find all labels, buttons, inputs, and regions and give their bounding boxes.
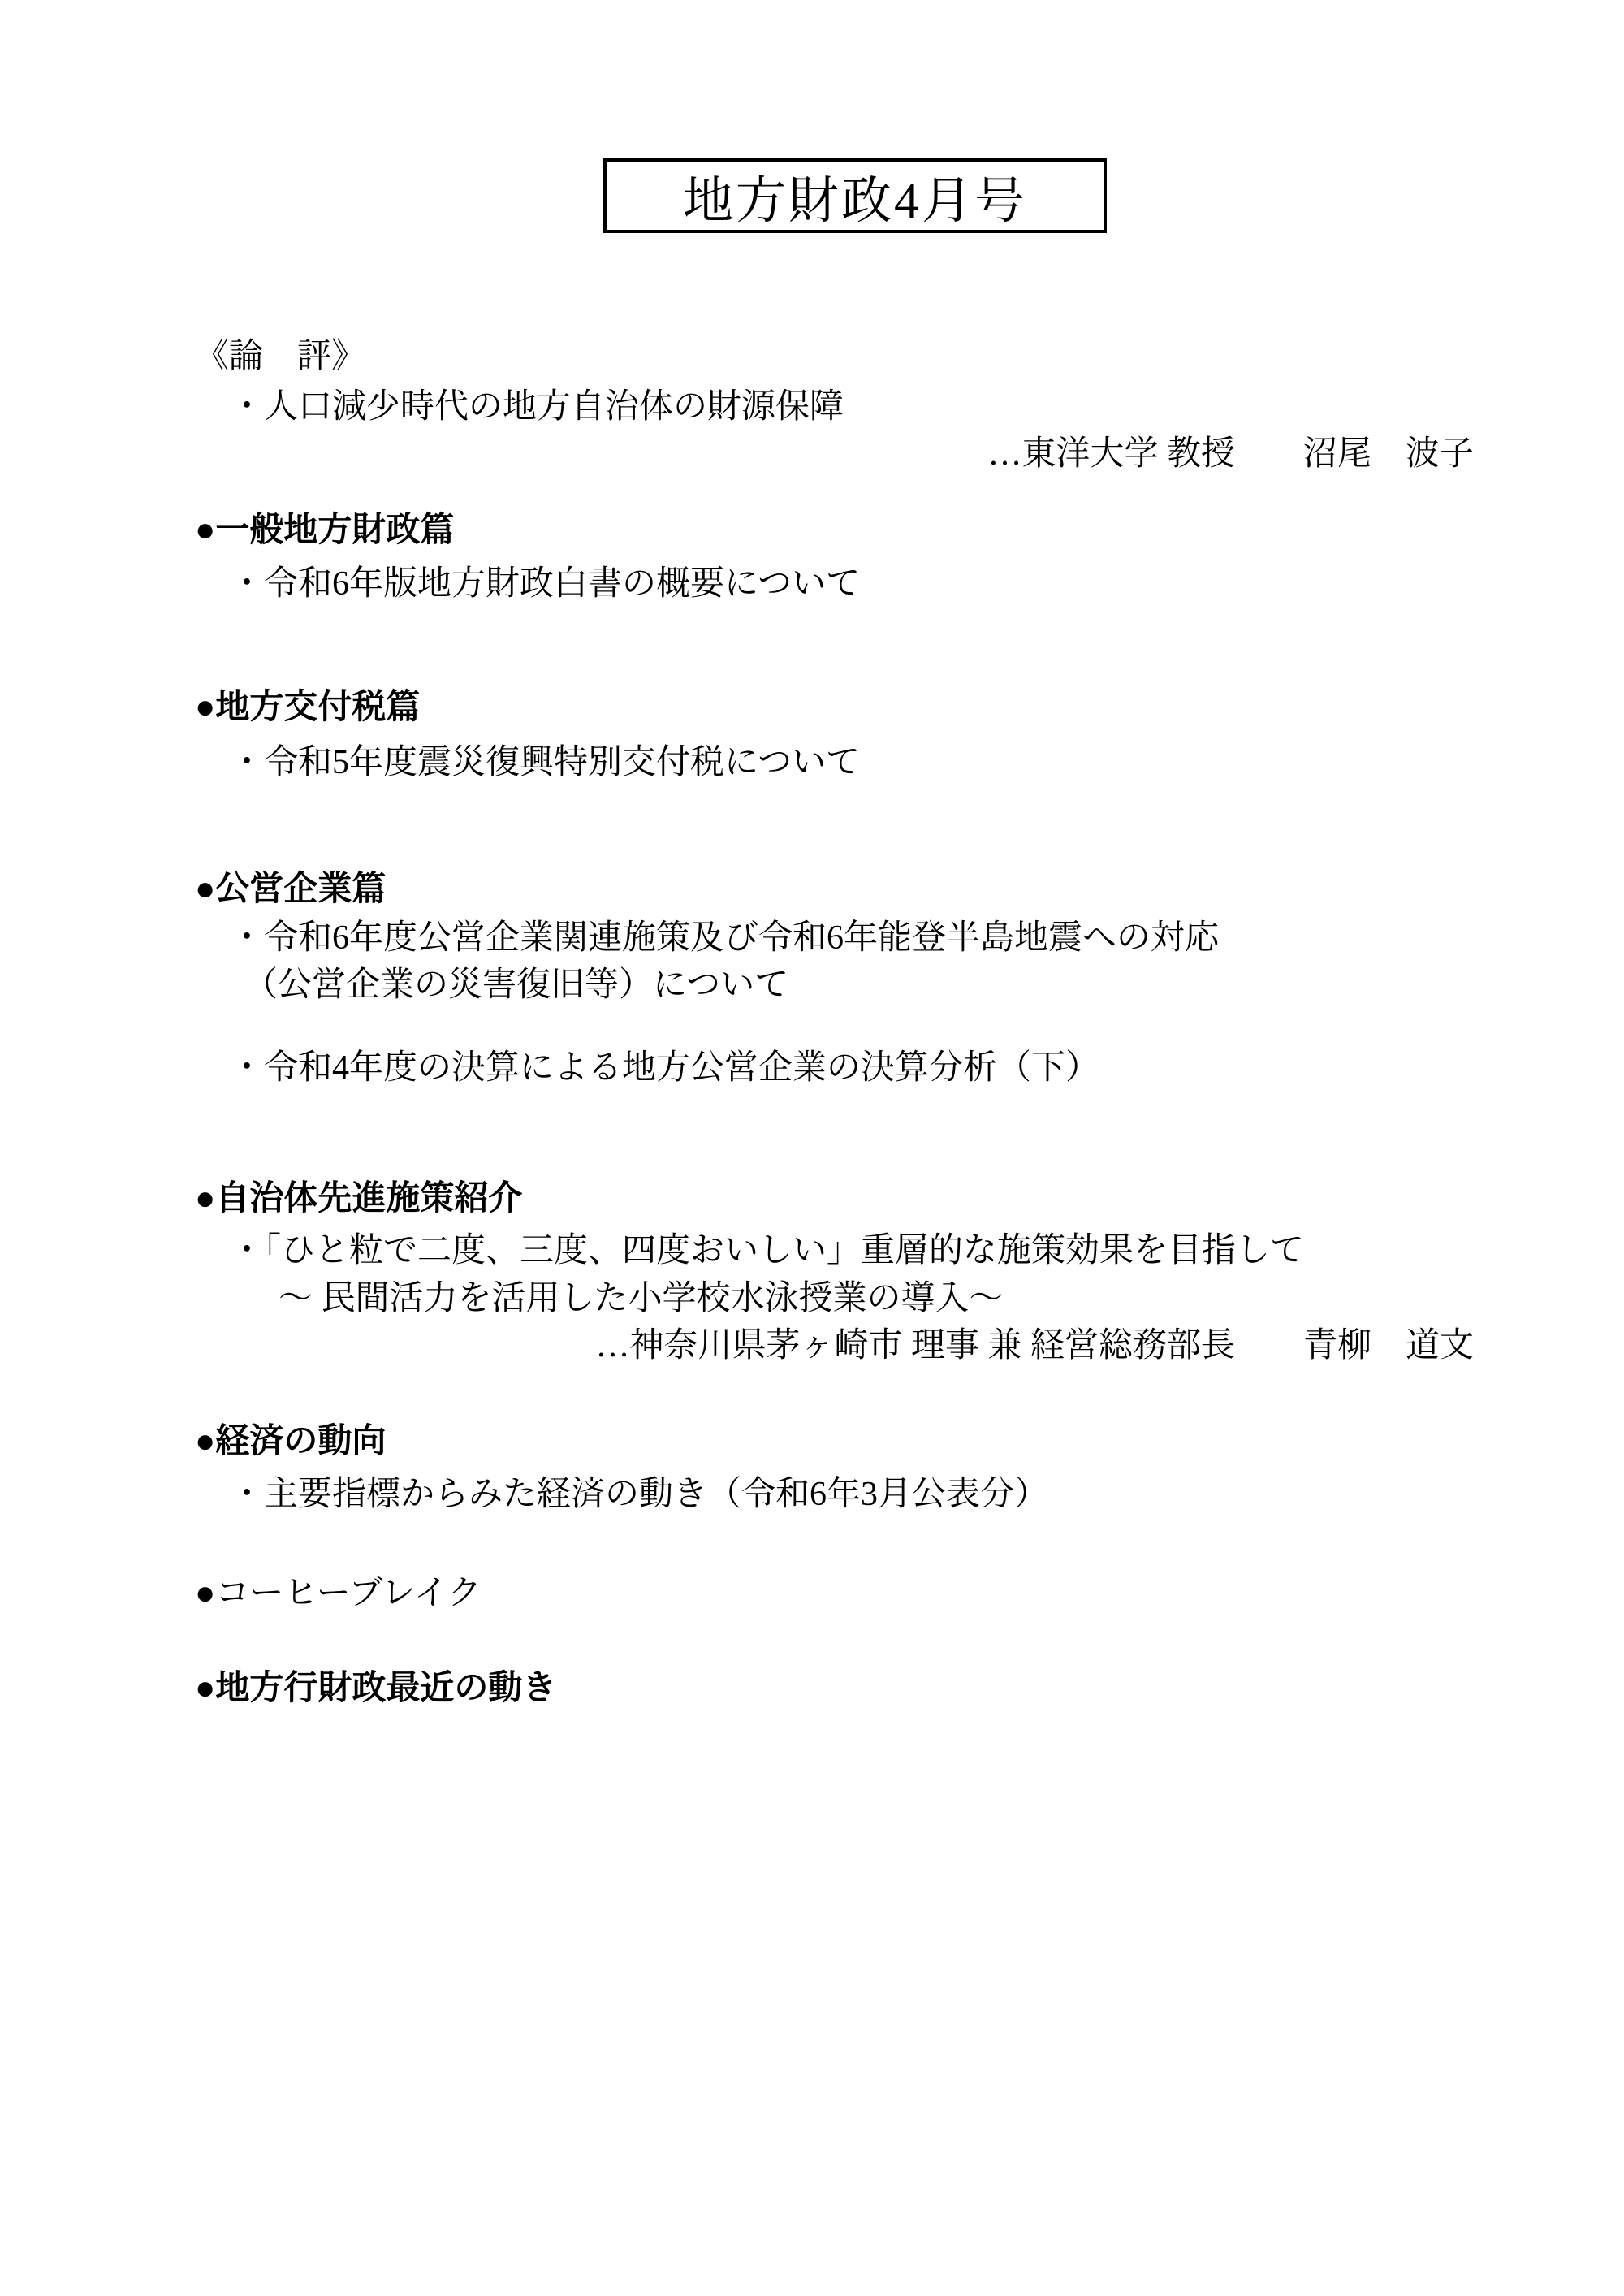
toc-item-municipal-initiatives-line1: ・「ひと粒で二度、三度、四度おいしい」重層的な施策効果を目指して bbox=[230, 1227, 1624, 1274]
section-heading-tax-allocation: ●地方交付税篇 bbox=[195, 684, 1624, 731]
toc-item-review: ・人口減少時代の地方自治体の財源保障 bbox=[230, 383, 1624, 430]
section-heading-coffee-break: ●コーヒーブレイク bbox=[195, 1570, 1624, 1617]
toc-item-general-finance: ・令和6年版地方財政白書の概要について bbox=[230, 560, 1624, 608]
toc-item-economic-trends: ・主要指標からみた経済の動き（令和6年3月公表分） bbox=[230, 1471, 1624, 1518]
section-heading-review: 《論 評》 bbox=[195, 333, 1624, 380]
author-line-review: …東洋大学 教授 沼尾 波子 bbox=[0, 430, 1624, 478]
toc-item-public-enterprise-2: ・令和4年度の決算による地方公営企業の決算分析（下） bbox=[230, 1044, 1624, 1092]
section-heading-general-finance: ●一般地方財政篇 bbox=[195, 507, 1624, 554]
toc-item-tax-allocation: ・令和5年度震災復興特別交付税について bbox=[230, 739, 1624, 786]
toc-item-public-enterprise-1-line2: （公営企業の災害復旧等）について bbox=[244, 962, 1624, 1009]
section-heading-recent-developments: ●地方行財政最近の動き bbox=[195, 1664, 1624, 1711]
document-page: 地方財政4月号 《論 評》 ・人口減少時代の地方自治体の財源保障 …東洋大学 教… bbox=[0, 0, 1624, 2296]
toc-item-municipal-initiatives-line2: ～ 民間活力を活用した小学校水泳授業の導入～ bbox=[279, 1275, 1624, 1322]
author-line-municipal-initiatives: …神奈川県茅ヶ崎市 理事 兼 経営総務部長 青柳 道文 bbox=[0, 1322, 1624, 1369]
section-heading-municipal-initiatives: ●自治体先進施策紹介 bbox=[195, 1175, 1624, 1222]
toc-item-public-enterprise-1-line1: ・令和6年度公営企業関連施策及び令和6年能登半島地震への対応 bbox=[230, 915, 1624, 962]
section-heading-public-enterprise: ●公営企業篇 bbox=[195, 866, 1624, 913]
title-box: 地方財政4月号 bbox=[603, 158, 1107, 233]
section-heading-economic-trends: ●経済の動向 bbox=[195, 1418, 1624, 1465]
page-title: 地方財政4月号 bbox=[683, 160, 1027, 232]
